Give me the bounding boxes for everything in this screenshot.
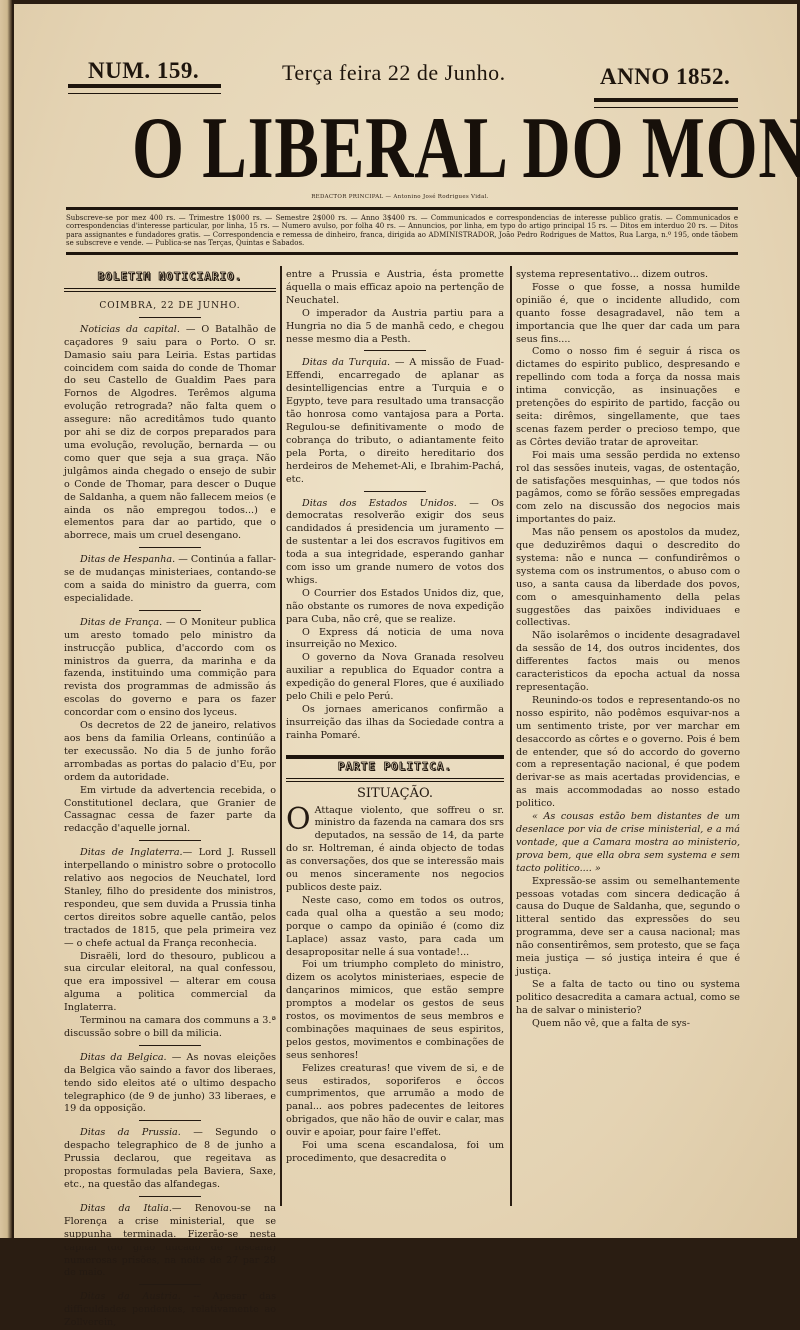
section-heading-politica: PARTE POLITICA. <box>286 759 504 782</box>
newspaper-page: NUM. 159. Terça feira 22 de Junho. ANNO … <box>14 4 797 1238</box>
issue-year: ANNO 1852. <box>600 64 730 90</box>
article-paragraph: Não isolarêmos o incidente desagradavel … <box>516 630 740 695</box>
news-item-inglaterra: Ditas de Inglaterra.— Lord J. Russell in… <box>64 847 276 950</box>
divider <box>139 547 201 548</box>
news-item-prussia: Ditas da Prussia. — Segundo o despacho t… <box>64 1127 276 1192</box>
article-paragraph: OAttaque violento, que soffreu o sr. min… <box>286 805 504 895</box>
divider <box>139 1045 201 1046</box>
issue-number: NUM. 159. <box>88 58 199 84</box>
column-right: systema representativo... dizem outros. … <box>516 269 740 1030</box>
issue-date: Terça feira 22 de Junho. <box>282 60 506 86</box>
divider <box>139 1196 201 1197</box>
column-divider-2 <box>510 266 512 1206</box>
news-item-franca-2: Os decretos de 22 de janeiro, relativos … <box>64 720 276 785</box>
page-binding <box>0 0 12 1246</box>
news-item-capital: Noticias da capital. — O Batalhão de caç… <box>64 324 276 543</box>
article-paragraph: systema representativo... dizem outros. <box>516 269 740 282</box>
article-paragraph: Reunindo-os todos e representando-os no … <box>516 695 740 811</box>
divider <box>139 1120 201 1121</box>
column-divider-1 <box>280 266 282 1206</box>
masthead-rule-left <box>68 84 221 94</box>
article-paragraph: Fosse o que fosse, a nossa humilde opini… <box>516 282 740 347</box>
section-rule <box>286 747 504 759</box>
news-item-hespanha: Ditas de Hespanha. — Continúa a fallar-s… <box>64 554 276 606</box>
article-paragraph: Mas não pensem os apostolos da mudez, qu… <box>516 527 740 630</box>
column-middle: entre a Prussia e Austria, ésta promette… <box>286 269 504 1166</box>
article-paragraph: Se a falta de tacto ou tino ou systema p… <box>516 979 740 1018</box>
news-item-courrier: O Courrier dos Estados Unidos diz, que, … <box>286 588 504 627</box>
news-item-express: O Express dá noticia de uma nova insurre… <box>286 627 504 653</box>
article-paragraph: Foi uma scena escandalosa, foi um proced… <box>286 1140 504 1166</box>
news-item-estados-unidos: Ditas dos Estados Unidos. — Os democrata… <box>286 498 504 588</box>
news-item-franca: Ditas de França. — O Moniteur publica um… <box>64 617 276 720</box>
newspaper-title: O LIBERAL DO MONDEGO. <box>132 104 664 194</box>
editor-line: REDACTOR PRINCIPAL — Antonino José Rodri… <box>0 194 800 200</box>
article-paragraph: Quem não vê, que a falta de sys- <box>516 1018 740 1031</box>
article-paragraph: Foi mais uma sessão perdida no extenso r… <box>516 450 740 527</box>
article-title: SITUAÇÃO. <box>286 788 504 801</box>
news-item-turquia: Ditas da Turquia. — A missão de Fuad-Eff… <box>286 357 504 486</box>
column-boletim: BOLETIM NOTICIARIO. COIMBRA, 22 DE JUNHO… <box>64 269 276 1246</box>
article-quote: « As cousas estão bem distantes de um de… <box>516 811 740 876</box>
divider <box>139 840 201 841</box>
article-paragraph: Como o nosso fim é seguir á risca os dic… <box>516 346 740 449</box>
section-heading-boletim: BOLETIM NOTICIARIO. <box>64 269 276 292</box>
subscription-info: Subscreve-se por mez 400 rs. — Trimestre… <box>66 207 738 255</box>
divider <box>364 350 426 351</box>
drop-cap: O <box>286 807 311 833</box>
article-paragraph: Felizes creaturas! que vivem de si, e de… <box>286 1063 504 1140</box>
article-paragraph: Foi um triumpho completo do ministro, di… <box>286 959 504 1062</box>
news-item-austria-cont: entre a Prussia e Austria, ésta promette… <box>286 269 504 308</box>
news-item-inglaterra-3: Terminou na camara dos communs a 3.ª dis… <box>64 1015 276 1041</box>
page-bottom-edge <box>0 1238 800 1246</box>
article-paragraph: Expressão-se assim ou semelhantemente pe… <box>516 876 740 979</box>
divider <box>364 491 426 492</box>
news-item-belgica: Ditas da Belgica. — As novas eleições da… <box>64 1052 276 1117</box>
article-paragraph: Neste caso, como em todos os outros, cad… <box>286 895 504 960</box>
divider <box>139 317 201 318</box>
news-item-imperador: O imperador da Austria partiu para a Hun… <box>286 308 504 347</box>
divider <box>139 610 201 611</box>
news-item-inglaterra-2: Disraëli, lord do thesouro, publicou a s… <box>64 951 276 1016</box>
news-item-nova-granada: O governo da Nova Granada resolveu auxil… <box>286 652 504 704</box>
news-item-pomare: Os jornaes americanos confirmão a insurr… <box>286 704 504 743</box>
dateline: COIMBRA, 22 DE JUNHO. <box>64 300 276 313</box>
news-item-franca-3: Em virtude da advertencia recebida, o Co… <box>64 785 276 837</box>
